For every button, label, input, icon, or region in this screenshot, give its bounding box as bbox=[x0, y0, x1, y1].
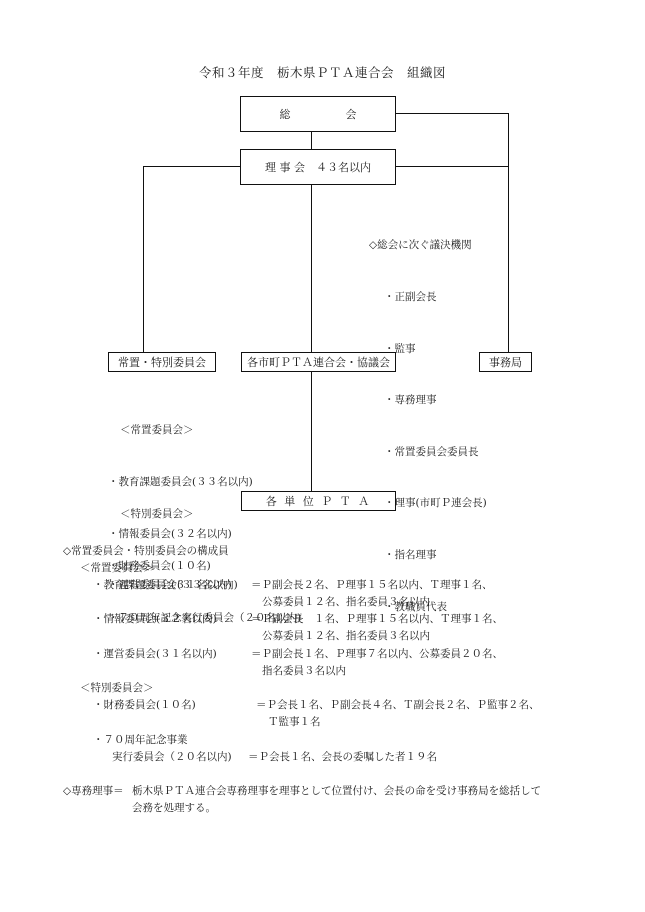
connector-right-vertical bbox=[508, 113, 509, 353]
board-note-item: ・監事 bbox=[369, 341, 487, 358]
composition-standing-members: ＝Ｐ副会長１名、Ｐ理事７名以内、公募委員２０名、 bbox=[251, 646, 503, 663]
committees-label: 常置・特別委員会 bbox=[118, 354, 206, 370]
page-title: 令和３年度 栃木県ＰＴＡ連合会 組織図 bbox=[0, 63, 645, 81]
composition-special-members: ＝Ｐ会長１名、Ｐ副会長４名、Ｔ副会長２名、Ｐ監事２名、 bbox=[256, 697, 540, 714]
committees-box: 常置・特別委員会 bbox=[108, 352, 216, 372]
connector-assembly-right bbox=[395, 113, 509, 114]
composition-standing-members: 公募委員１２名、指名委員３名以内 bbox=[262, 628, 430, 645]
composition-standing-members: 指名委員３名以内 bbox=[262, 663, 346, 680]
board-box: 理 事 会 ４３名以内 bbox=[240, 149, 396, 185]
composition-special-name: ・７０周年記念事業 bbox=[93, 732, 188, 749]
composition-standing-name: ・運営委員会(３１名以内) bbox=[93, 646, 217, 663]
composition-special-members: ＝Ｐ会長１名、会長の委嘱した者１９名 bbox=[248, 749, 437, 766]
special-committees-heading: ＜特別委員会＞ bbox=[108, 506, 301, 523]
connector-board-city bbox=[311, 184, 312, 353]
composition-standing-members: ＝Ｐ副会長２名、Ｐ理事１５名以内、Ｔ理事１名、 bbox=[251, 577, 493, 594]
executive-director-text: 会務を処理する。 bbox=[132, 800, 216, 817]
composition-special-heading: ＜特別委員会＞ bbox=[80, 680, 154, 697]
composition-standing-name: ・教育課題委員会(３３名以内) bbox=[93, 577, 238, 594]
board-note-item: ・理事(市町Ｐ連会長) bbox=[369, 495, 487, 512]
secretariat-box: 事務局 bbox=[479, 352, 532, 372]
connector-board-right bbox=[395, 166, 509, 167]
standing-committees-heading: ＜常置委員会＞ bbox=[108, 422, 253, 439]
board-note-item: ・常置委員会委員長 bbox=[369, 444, 487, 461]
general-assembly-box: 総 会 bbox=[240, 96, 396, 132]
composition-heading: ◇常置委員会・特別委員会の構成員 bbox=[63, 543, 229, 560]
composition-special-name: ・財務委員会(１０名) bbox=[93, 697, 196, 714]
executive-director-label: ◇専務理事＝ bbox=[63, 783, 124, 800]
board-note-item: ・指名理事 bbox=[369, 547, 487, 564]
connector-board-left bbox=[143, 166, 241, 167]
connector-left-vertical bbox=[143, 166, 144, 353]
connector-city-unit bbox=[311, 371, 312, 492]
secretariat-label: 事務局 bbox=[489, 354, 522, 370]
connector-assembly-board bbox=[311, 131, 312, 149]
general-assembly-label: 総 会 bbox=[280, 106, 357, 122]
composition-standing-members: ＝Ｐ副会長 １名、Ｐ理事１５名以内、Ｔ理事１名、 bbox=[251, 611, 503, 628]
board-label: 理 事 会 ４３名以内 bbox=[265, 159, 371, 175]
composition-standing-members: 公募委員１２名、指名委員３名以内 bbox=[262, 594, 430, 611]
composition-standing-heading: ＜常置委員会＞ bbox=[80, 560, 154, 577]
executive-director-text: 栃木県ＰＴＡ連合会専務理事を理事として位置付け、会長の命を受け事務局を総括して bbox=[132, 783, 541, 800]
composition-special-members: Ｔ監事１名 bbox=[268, 714, 321, 731]
board-note-heading: ◇総会に次ぐ議決機関 bbox=[369, 237, 487, 254]
board-note-item: ・正副会長 bbox=[369, 289, 487, 306]
composition-special-name-line2: 実行委員会（２０名以内) bbox=[112, 749, 232, 766]
board-note: ◇総会に次ぐ議決機関 ・正副会長 ・監事 ・専務理事 ・常置委員会委員長 ・理事… bbox=[369, 203, 487, 633]
board-note-item: ・専務理事 bbox=[369, 392, 487, 409]
composition-standing-name: ・情報委員会(３２名以内) bbox=[93, 611, 217, 628]
